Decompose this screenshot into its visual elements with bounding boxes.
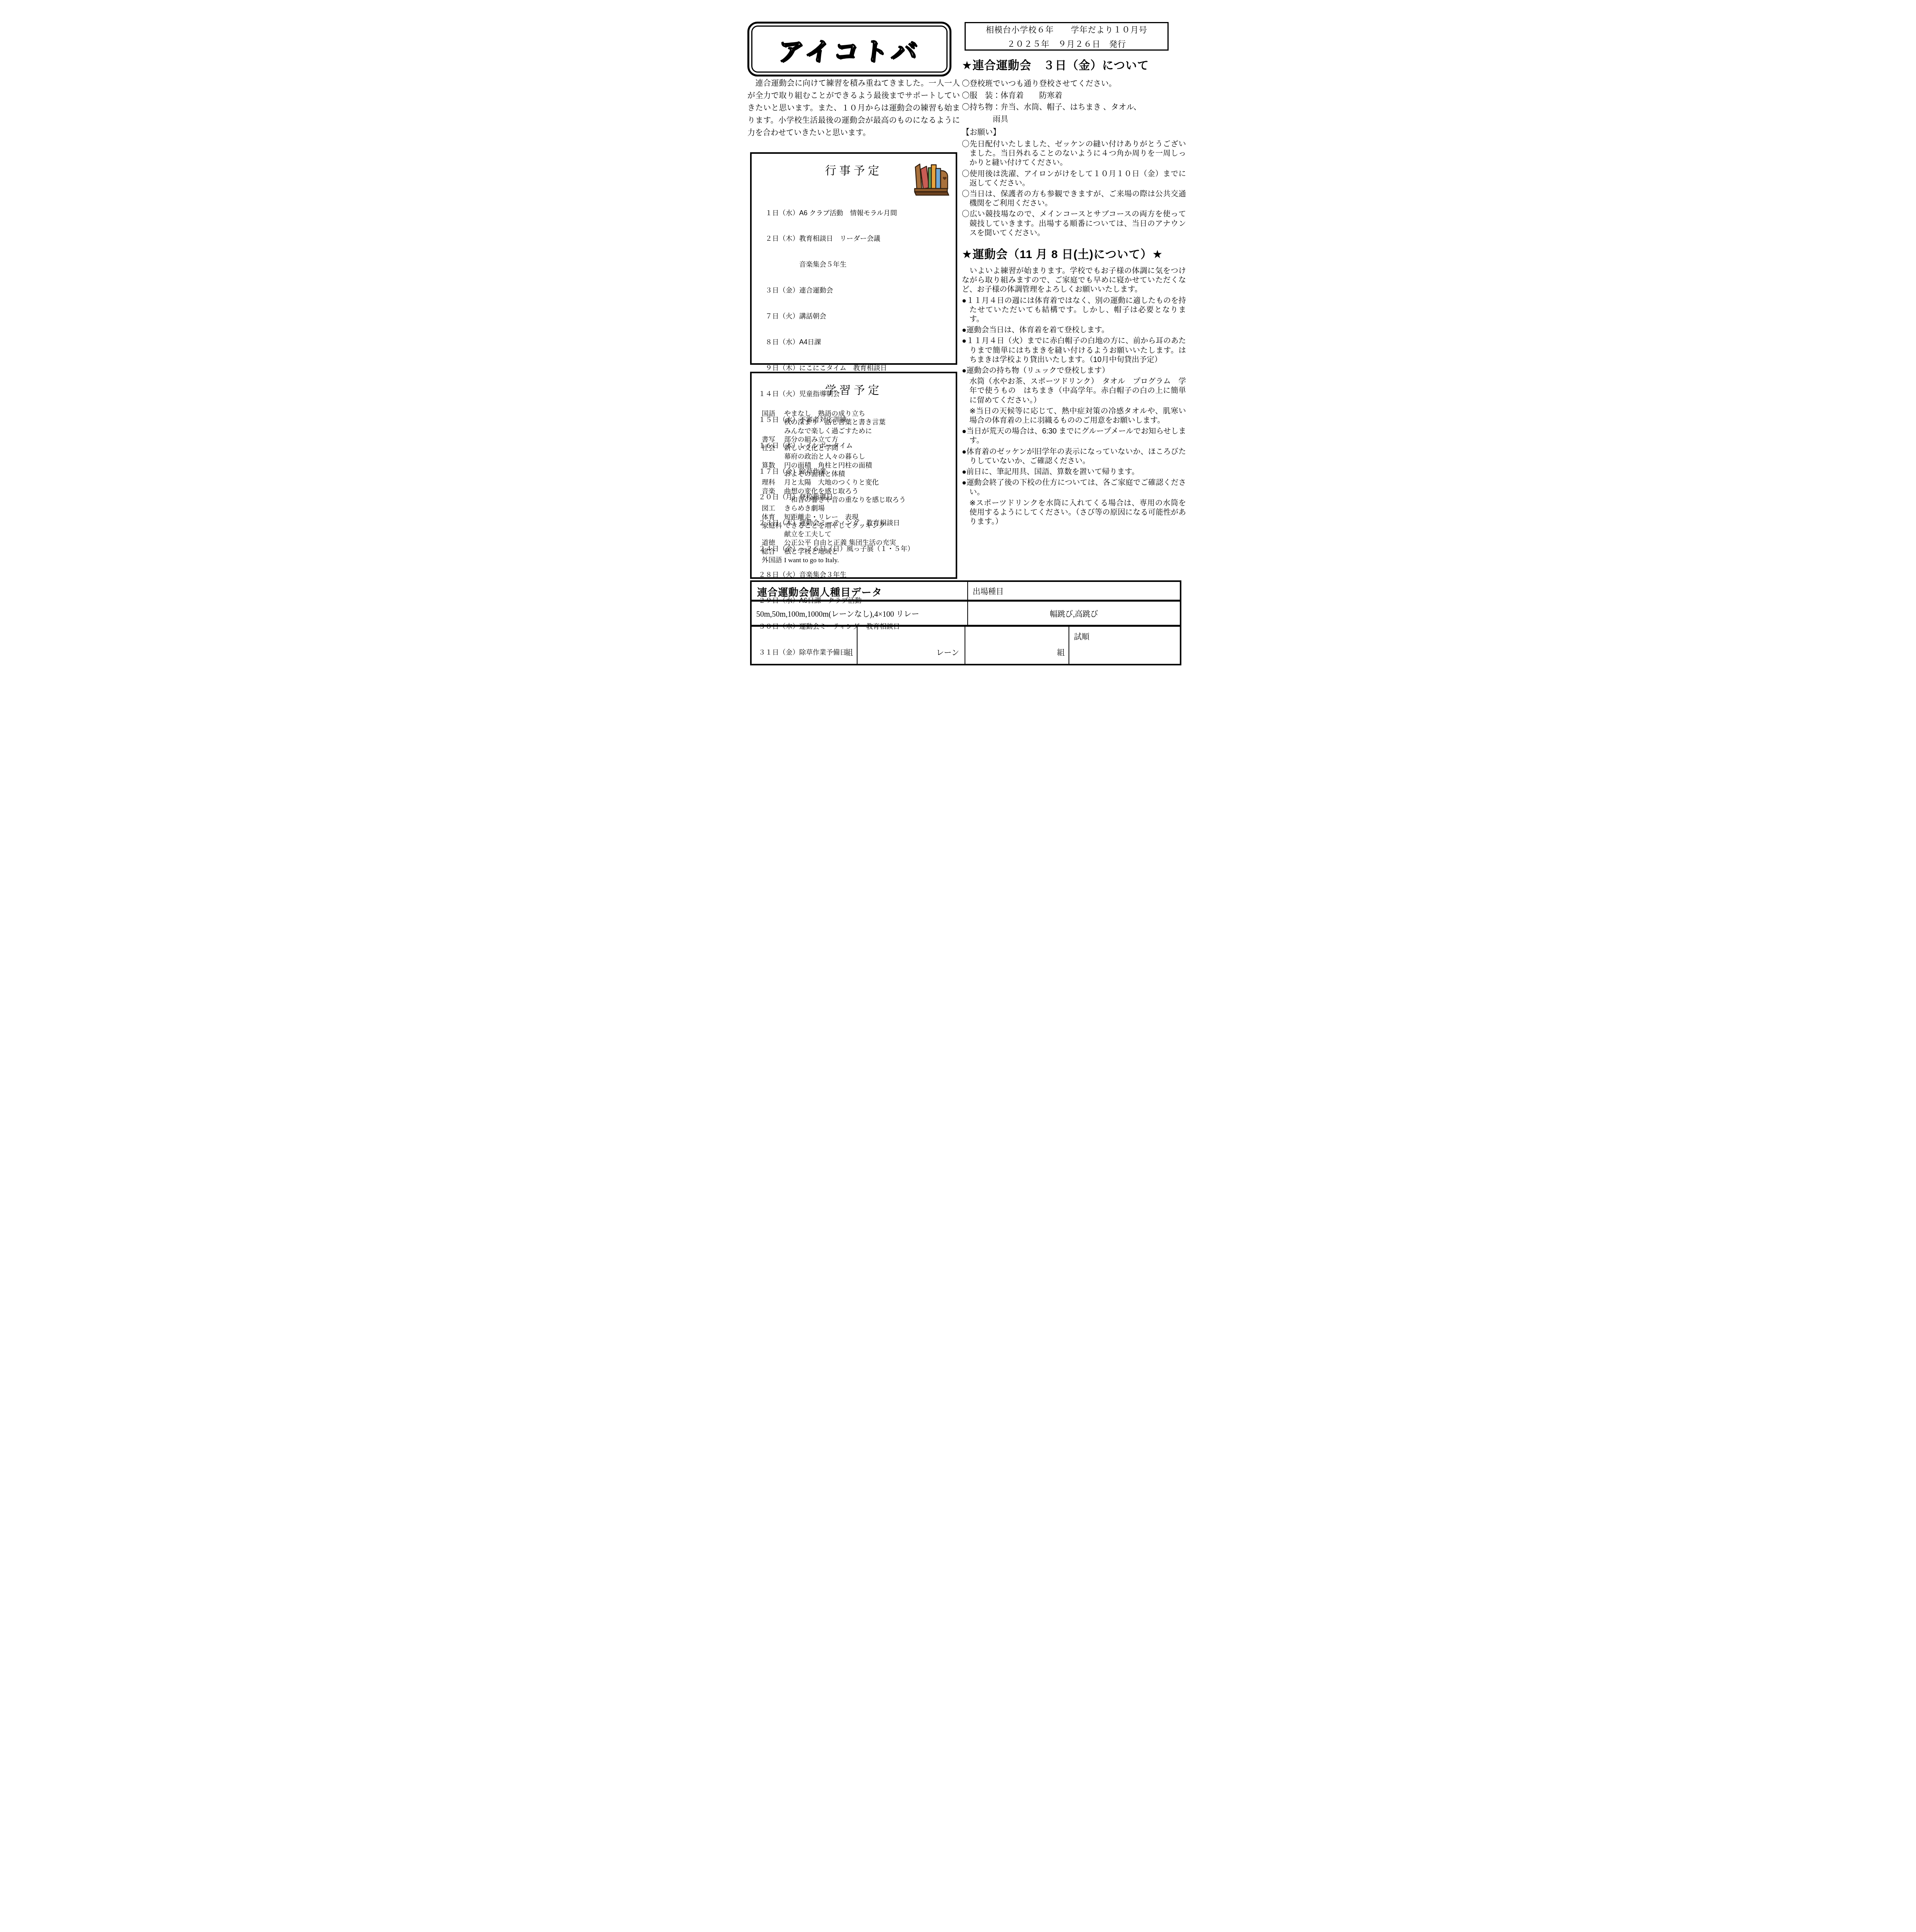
bullet-item: ●１１月４日の週には体育着ではなく、別の運動に適したものを持たせていただいても結… — [962, 296, 1186, 324]
subject-content: 短距離走・リレー 表現 — [784, 513, 950, 521]
masthead-title: アイコトバ — [776, 31, 923, 68]
subject-content: 和音の響きや音の重なりを感じ取ろう — [784, 495, 950, 504]
learning-row: およその面積と体積 — [762, 469, 950, 478]
subject-content: きらめき劇場 — [784, 504, 950, 512]
event-item: ２日（木）教育相談日 リーダー会議 — [759, 234, 956, 243]
subject-label: 総合 — [762, 547, 784, 556]
lane-cell: レーン — [858, 627, 965, 664]
results-table: 連合運動会個人種目データ 出場種目 50m,50m,100m,1000m(レーン… — [750, 580, 1181, 665]
events-box: 行事予定 １日（水）A6 クラブ活動 情報モラル月間 ２日（木）教育相談日 リー… — [750, 152, 957, 365]
bookshelf-icon — [912, 158, 949, 198]
intro-paragraph: 連合運動会に向けて練習を積み重ねてきました。一人一人が全力で取り組むことができる… — [747, 77, 960, 139]
trial-order-cell: 試順 — [1069, 627, 1180, 664]
learning-row: みんなで楽しく過ごすために — [762, 427, 950, 435]
request-heading: 【お願い】 — [962, 126, 1186, 137]
learning-row: 音楽曲想の変化を感じ取ろう — [762, 487, 950, 495]
subject-content: 月と太陽 大地のつくりと変化 — [784, 478, 950, 486]
subject-label — [762, 530, 784, 538]
subject-label: 道徳 — [762, 538, 784, 547]
event-item: ７日（火）講話朝会 — [759, 312, 956, 320]
undokai-body: いよいよ練習が始まります。学校でもお子様の体調に気をつけながら取り組みますので、… — [962, 266, 1186, 526]
subject-content: 私と学校と地域と — [784, 547, 950, 556]
event-item: ８日（水）A4日課 — [759, 338, 956, 346]
subject-label — [762, 469, 784, 478]
subject-label: 書写 — [762, 435, 784, 444]
belongings-line: 水筒（水やお茶、スポーツドリンク） タオル プログラム 学年で使うもの はちまき… — [962, 377, 1186, 405]
kumi-cell: 組 — [752, 627, 858, 664]
subject-content: 秋の深まり 話し言葉と書き言葉 — [784, 418, 950, 426]
subject-content: できることを増やしてクッキング — [784, 521, 950, 530]
right-column: ★連合運動会 ３日（金）について 〇登校班でいつも通り登校させてください。 〇服… — [962, 56, 1186, 528]
request-item: 〇当日は、保護者の方も参観できますが、ご来場の際は公共交通機関をご利用ください。 — [962, 189, 1186, 208]
newsletter-page: アイコトバ 相模台小学校６年 学年だより１０月号 ２０２５年 ９月２６日 発行 … — [718, 0, 1198, 678]
learning-row: 総合私と学校と地域と — [762, 547, 950, 556]
subject-label: 外国語 — [762, 556, 784, 564]
notice-item: 〇持ち物：弁当、水筒、帽子、はちまき 、タオル、 — [962, 102, 1186, 113]
learning-row: 理科月と太陽 大地のつくりと変化 — [762, 478, 950, 486]
request-item: 〇先日配付いたしました、ゼッケンの縫い付けありがとうございました。当日外れること… — [962, 139, 1186, 168]
subject-label: 理科 — [762, 478, 784, 486]
subject-label — [762, 427, 784, 435]
request-item: 〇使用後は洗濯、アイロンがけをして１０月１０日（金）までに返してください。 — [962, 169, 1186, 188]
subject-content: 円の面積 角柱と円柱の面積 — [784, 461, 950, 469]
learning-row: 道徳公正公平 自由と正義 集団生活の充実 — [762, 538, 950, 547]
belongings-note: ※当日の天候等に応じて、熱中症対策の冷感タオルや、肌寒い場合の体育着の上に羽織る… — [962, 406, 1186, 425]
subject-label: 音楽 — [762, 487, 784, 495]
bullet-item: ●体育着のゼッケンが旧学年の表示になっていないか、ほころびたりしていないか、ご確… — [962, 447, 1186, 466]
undokai-title: ★運動会（11 月 8 日(土)について）★ — [962, 245, 1186, 262]
entry-events-header: 出場種目 — [968, 582, 1180, 600]
learning-title: 学習予定 — [752, 382, 956, 398]
subject-content: 公正公平 自由と正義 集団生活の充実 — [784, 538, 950, 547]
bullet-item: ●運動会当日は、体育着を着て登校します。 — [962, 325, 1186, 335]
subject-label — [762, 418, 784, 426]
notice-item: 〇登校班でいつも通り登校させてください。 — [962, 79, 1186, 89]
notice-item: 〇服 装：体育着 防寒着 — [962, 91, 1186, 101]
learning-row: 書写部分の組み立て方 — [762, 435, 950, 444]
subject-label — [762, 452, 784, 461]
table-title: 連合運動会個人種目データ — [752, 582, 968, 600]
event-item: １日（水）A6 クラブ活動 情報モラル月間 — [759, 209, 956, 217]
learning-row: 国語やまなし 熟語の成り立ち — [762, 409, 950, 418]
subject-label: 図工 — [762, 504, 784, 512]
subject-label: 家庭科 — [762, 521, 784, 530]
bullet-item: ●１１月４日（火）までに赤白帽子の白地の方に、前から耳のあたりまで簡単にはちまき… — [962, 336, 1186, 364]
undokai-intro: いよいよ練習が始まります。学校でもお子様の体調に気をつけながら取り組みますので、… — [962, 266, 1186, 294]
event-item: 音楽集会５年生 — [759, 260, 956, 269]
final-note: ※スポーツドリンクを水筒に入れてくる場合は、専用の水筒を使用するようにしてくださ… — [962, 498, 1186, 527]
bullet-item: ●前日に、筆記用具、国語、算数を置いて帰ります。 — [962, 467, 1186, 476]
subject-content: I want to go to Italy. — [784, 556, 950, 564]
kumi-cell: 組 — [965, 627, 1069, 664]
subject-label: 社会 — [762, 444, 784, 452]
bullet-item: ●当日が荒天の場合は、6:30 までにグループメールでお知らせします。 — [962, 427, 1186, 445]
subject-label: 算数 — [762, 461, 784, 469]
learning-row: 算数円の面積 角柱と円柱の面積 — [762, 461, 950, 469]
subject-content: 部分の組み立て方 — [784, 435, 950, 444]
learning-row: 図工きらめき劇場 — [762, 504, 950, 512]
subject-content: やまなし 熟語の成り立ち — [784, 409, 950, 418]
table-fillin-row: 組 レーン 組 試順 — [752, 627, 1180, 664]
notice-item: 雨具 — [962, 114, 1186, 125]
learning-box: 学習予定 国語やまなし 熟語の成り立ち 秋の深まり 話し言葉と書き言葉 みんなで… — [750, 372, 957, 579]
subject-content: 新しい文化と学問 — [784, 444, 950, 452]
individual-events-cell: 50m,50m,100m,1000m(レーンなし),4×100 リレー — [752, 602, 968, 625]
learning-row: 体育短距離走・リレー 表現 — [762, 513, 950, 521]
learning-row: 秋の深まり 話し言葉と書き言葉 — [762, 418, 950, 426]
learning-row: 幕府の政治と人々の暮らし — [762, 452, 950, 461]
subject-content: 幕府の政治と人々の暮らし — [784, 452, 950, 461]
request-item: 〇広い競技場なので、メインコースとサブコースの両方を使って競技していきます。出場… — [962, 209, 1186, 238]
learning-row: 家庭科できることを増やしてクッキング — [762, 521, 950, 530]
subject-content: 曲想の変化を感じ取ろう — [784, 487, 950, 495]
event-item: ９日（木）にこにこタイム 教育相談日 — [759, 364, 956, 372]
learning-rows: 国語やまなし 熟語の成り立ち 秋の深まり 話し言葉と書き言葉 みんなで楽しく過ご… — [752, 409, 956, 564]
entry-events-cell: 幅跳び,高跳び — [968, 602, 1180, 625]
learning-row: 和音の響きや音の重なりを感じ取ろう — [762, 495, 950, 504]
masthead-inner-frame: アイコトバ — [751, 26, 948, 73]
table-events-row: 50m,50m,100m,1000m(レーンなし),4×100 リレー 幅跳び,… — [752, 602, 1180, 625]
bullet-item: ●運動会終了後の下校の仕方については、各ご家庭でご確認ください。 — [962, 478, 1186, 497]
event-item: ３日（金）連合運動会 — [759, 286, 956, 294]
school-grade-line: 相模台小学校６年 学年だより１０月号 — [986, 24, 1147, 35]
learning-row: 社会新しい文化と学問 — [762, 444, 950, 452]
subject-label: 国語 — [762, 409, 784, 418]
issue-header-box: 相模台小学校６年 学年だより１０月号 ２０２５年 ９月２６日 発行 — [965, 22, 1169, 51]
issue-date-line: ２０２５年 ９月２６日 発行 — [1007, 38, 1126, 49]
masthead-box: アイコトバ — [747, 22, 951, 77]
table-header-row: 連合運動会個人種目データ 出場種目 — [752, 582, 1180, 600]
learning-row: 献立を工夫して — [762, 530, 950, 538]
subject-label: 体育 — [762, 513, 784, 521]
rengo-undokai-title: ★連合運動会 ３日（金）について — [962, 56, 1186, 73]
bullet-item: ●運動会の持ち物（リュックで登校します） — [962, 366, 1186, 375]
subject-content: みんなで楽しく過ごすために — [784, 427, 950, 435]
subject-content: 献立を工夫して — [784, 530, 950, 538]
subject-label — [762, 495, 784, 504]
learning-row: 外国語I want to go to Italy. — [762, 556, 950, 564]
request-list: 〇先日配付いたしました、ゼッケンの縫い付けありがとうございました。当日外れること… — [962, 139, 1186, 238]
subject-content: およその面積と体積 — [784, 469, 950, 478]
